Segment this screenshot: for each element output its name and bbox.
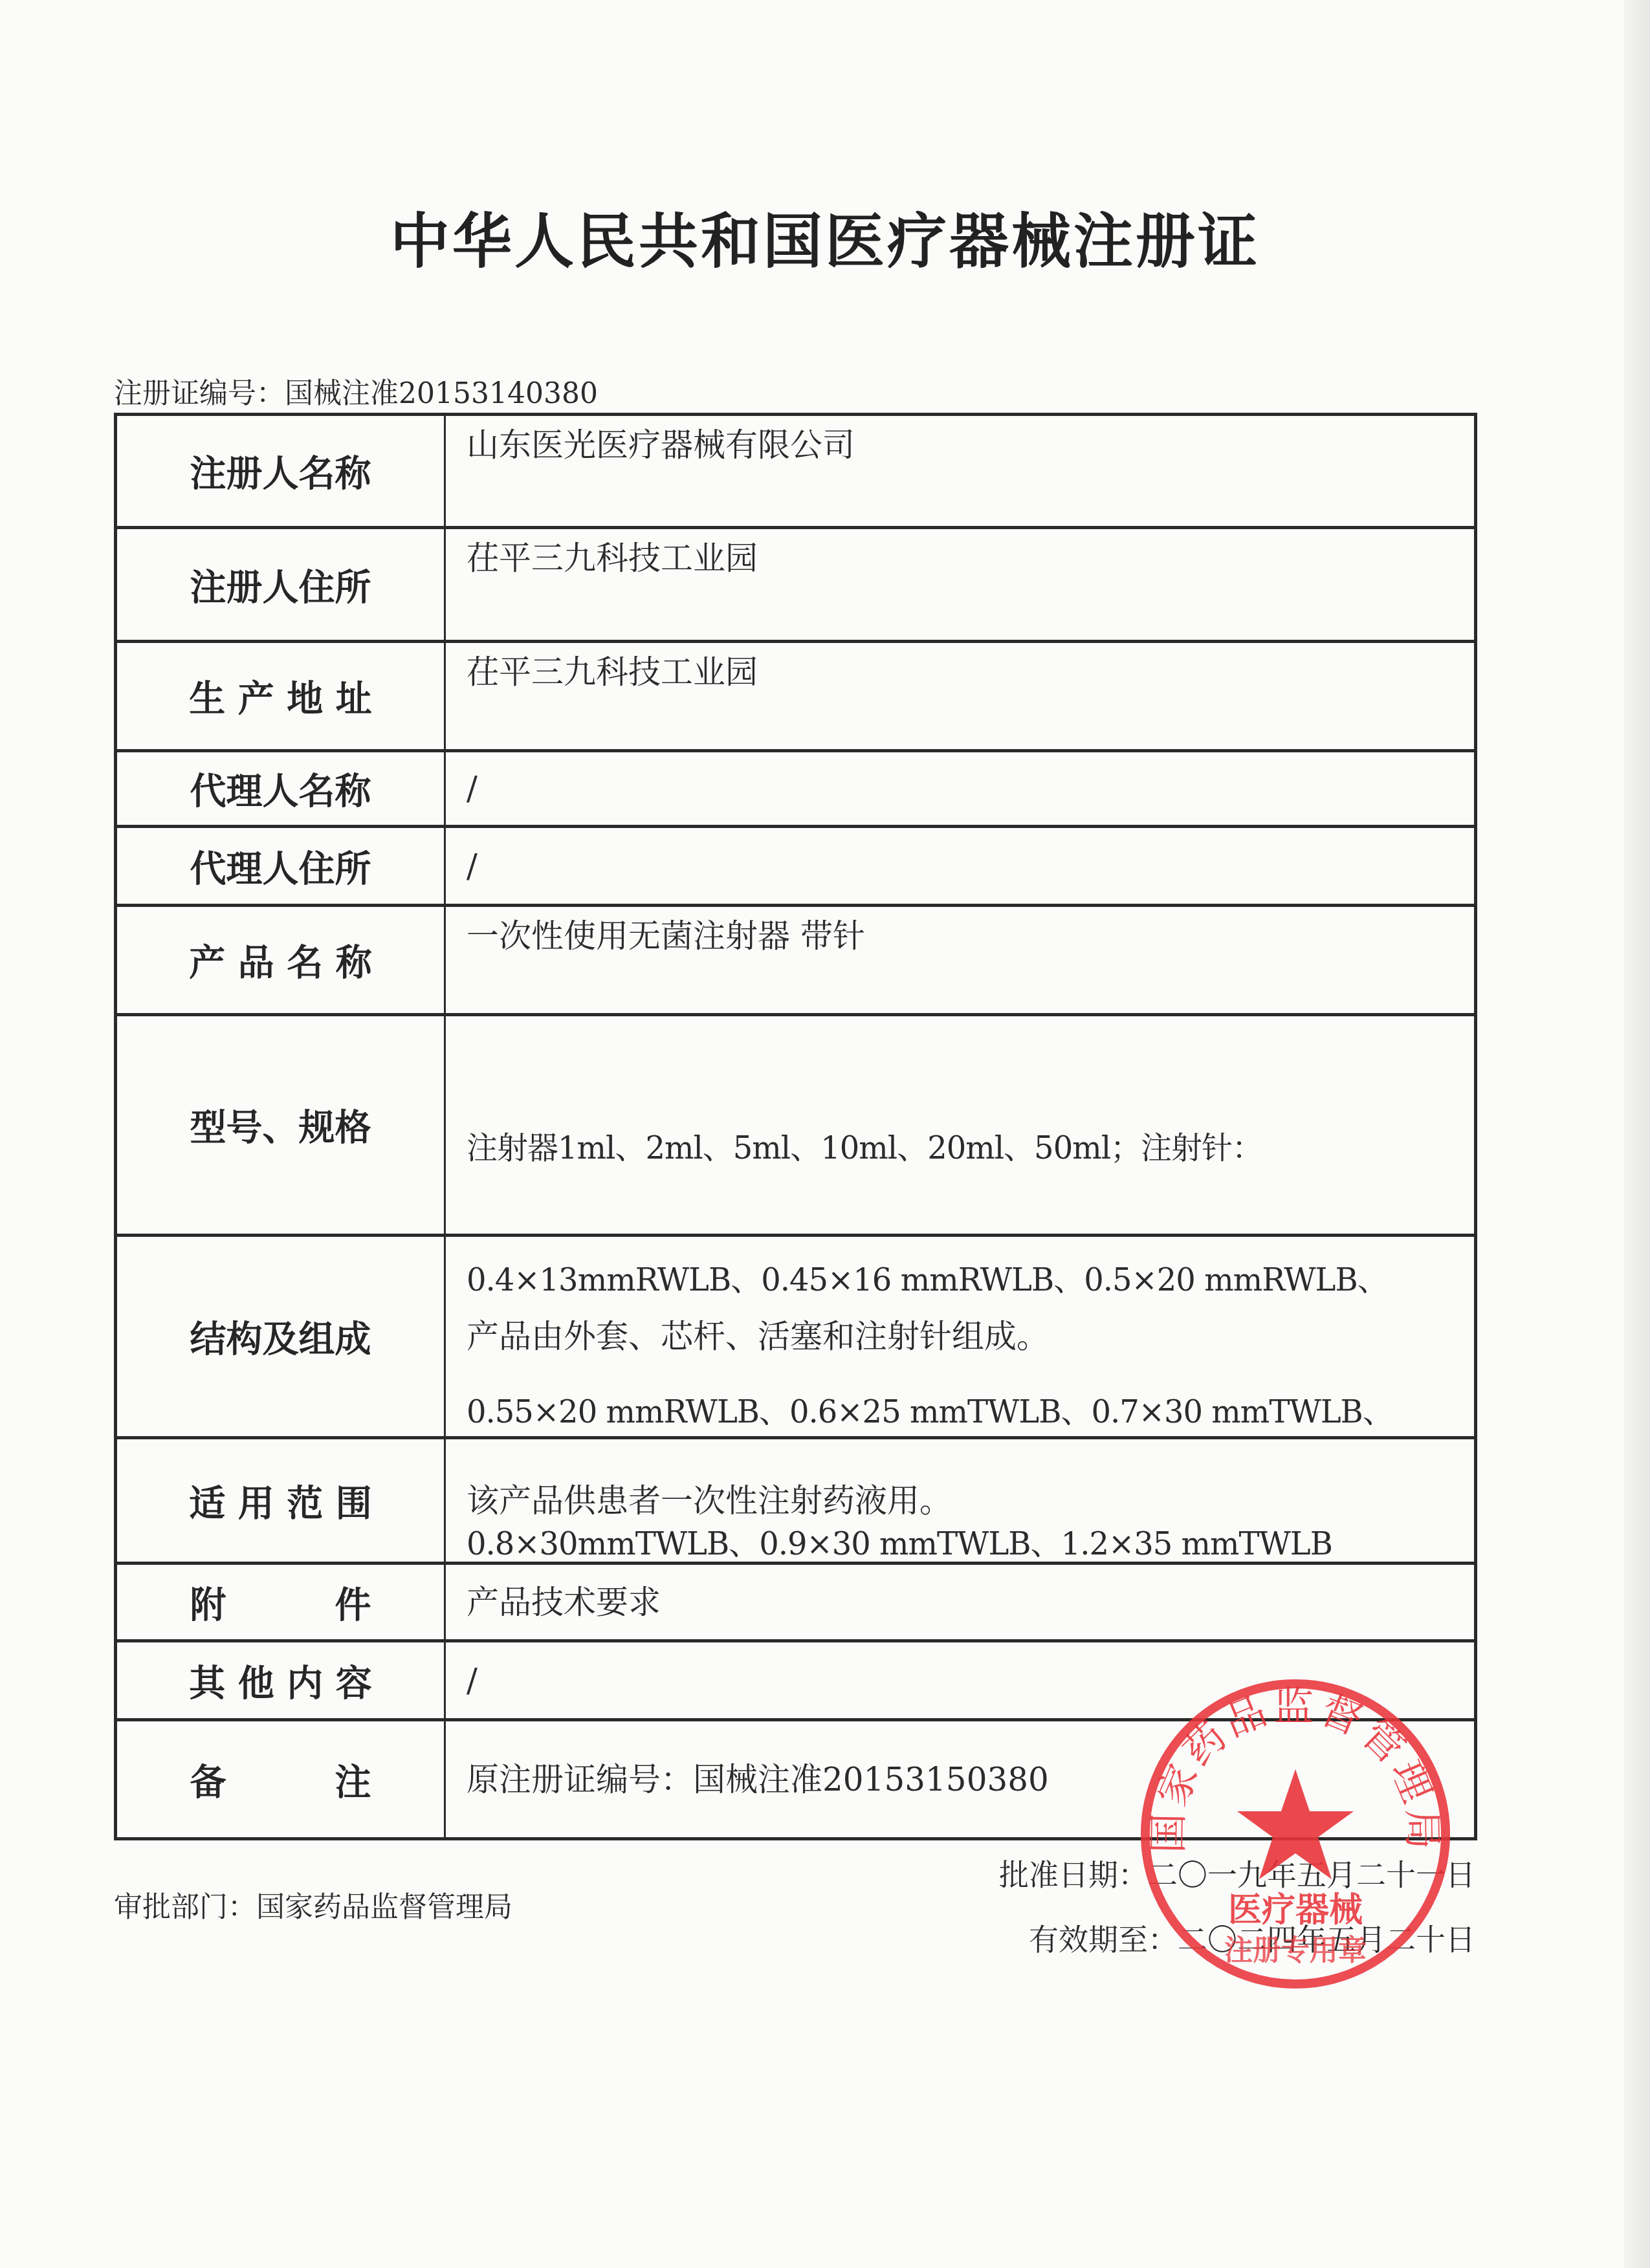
- row-value: 茌平三九科技工业园: [467, 540, 758, 577]
- table-row-scope: 适 用 范 围 该产品供患者一次性注射药液用。: [117, 1436, 1474, 1562]
- row-value: /: [467, 1658, 478, 1703]
- table-row-structure: 结构及组成 产品由外套、芯杆、活塞和注射针组成。: [117, 1234, 1474, 1436]
- row-label: 代理人住所: [190, 840, 371, 892]
- seal-inner-text-1: 医疗器械: [1228, 1891, 1363, 1930]
- table-row-product-name: 产 品 名 称 一次性使用无菌注射器 带针: [117, 904, 1474, 1013]
- table-row-agent-address: 代理人住所 /: [117, 825, 1474, 904]
- row-label: 代理人名称: [190, 763, 371, 814]
- row-label: 附 件: [190, 1576, 371, 1628]
- row-label: 型号、规格: [190, 1099, 371, 1151]
- table-row-attachment: 附 件 产品技术要求: [117, 1562, 1474, 1639]
- row-value: 山东医光医疗器械有限公司: [467, 426, 855, 464]
- document-title: 中华人民共和国医疗器械注册证: [0, 194, 1650, 279]
- seal-icon: 国家药品监督管理局 医疗器械 注册专用章: [1134, 1672, 1457, 1996]
- row-label: 备 注: [190, 1754, 371, 1805]
- seal-inner-text-2: 注册专用章: [1224, 1934, 1367, 1967]
- row-label: 其 他 内 容: [189, 1655, 372, 1706]
- row-value: 一次性使用无菌注射器 带针: [467, 917, 865, 955]
- row-label: 注册人住所: [190, 559, 371, 611]
- spec-line: 注射器1ml、2ml、5ml、10ml、20ml、50ml；注射针：: [467, 1126, 1474, 1170]
- row-label: 结构及组成: [190, 1311, 371, 1362]
- scan-edge: [1624, 0, 1650, 2268]
- row-label: 生 产 地 址: [189, 670, 372, 722]
- row-value: 产品由外套、芯杆、活塞和注射针组成。: [467, 1314, 1049, 1359]
- approval-department: 审批部门：国家药品监督管理局: [114, 1884, 512, 1925]
- table-row-agent-name: 代理人名称 /: [117, 749, 1474, 825]
- row-value: 茌平三九科技工业园: [467, 653, 758, 691]
- row-value: /: [467, 844, 478, 889]
- row-label: 注册人名称: [190, 445, 371, 497]
- row-value: 该产品供患者一次性注射药液用。: [467, 1478, 952, 1523]
- cert-number-line: 注册证编号：国械注准20153140380: [114, 370, 598, 411]
- table-row-registrant-name: 注册人名称 山东医光医疗器械有限公司: [117, 416, 1474, 526]
- official-seal: 国家药品监督管理局 医疗器械 注册专用章: [1134, 1672, 1457, 1996]
- row-value: 产品技术要求: [467, 1580, 661, 1625]
- row-value: /: [467, 766, 478, 811]
- row-value: 原注册证编号：国械注准20153150380: [467, 1757, 1049, 1802]
- row-label: 适 用 范 围: [189, 1475, 372, 1527]
- row-label: 产 品 名 称: [189, 934, 372, 986]
- table-row-registrant-address: 注册人住所 茌平三九科技工业园: [117, 526, 1474, 640]
- registration-table: 注册人名称 山东医光医疗器械有限公司 注册人住所 茌平三九科技工业园 生 产 地…: [114, 413, 1477, 1840]
- table-row-model-spec: 型号、规格 注射器1ml、2ml、5ml、10ml、20ml、50ml；注射针：…: [117, 1013, 1474, 1234]
- table-row-production-address: 生 产 地 址 茌平三九科技工业园: [117, 640, 1474, 749]
- cert-number: 国械注准20153140380: [285, 377, 598, 410]
- cert-number-label: 注册证编号：: [114, 377, 285, 410]
